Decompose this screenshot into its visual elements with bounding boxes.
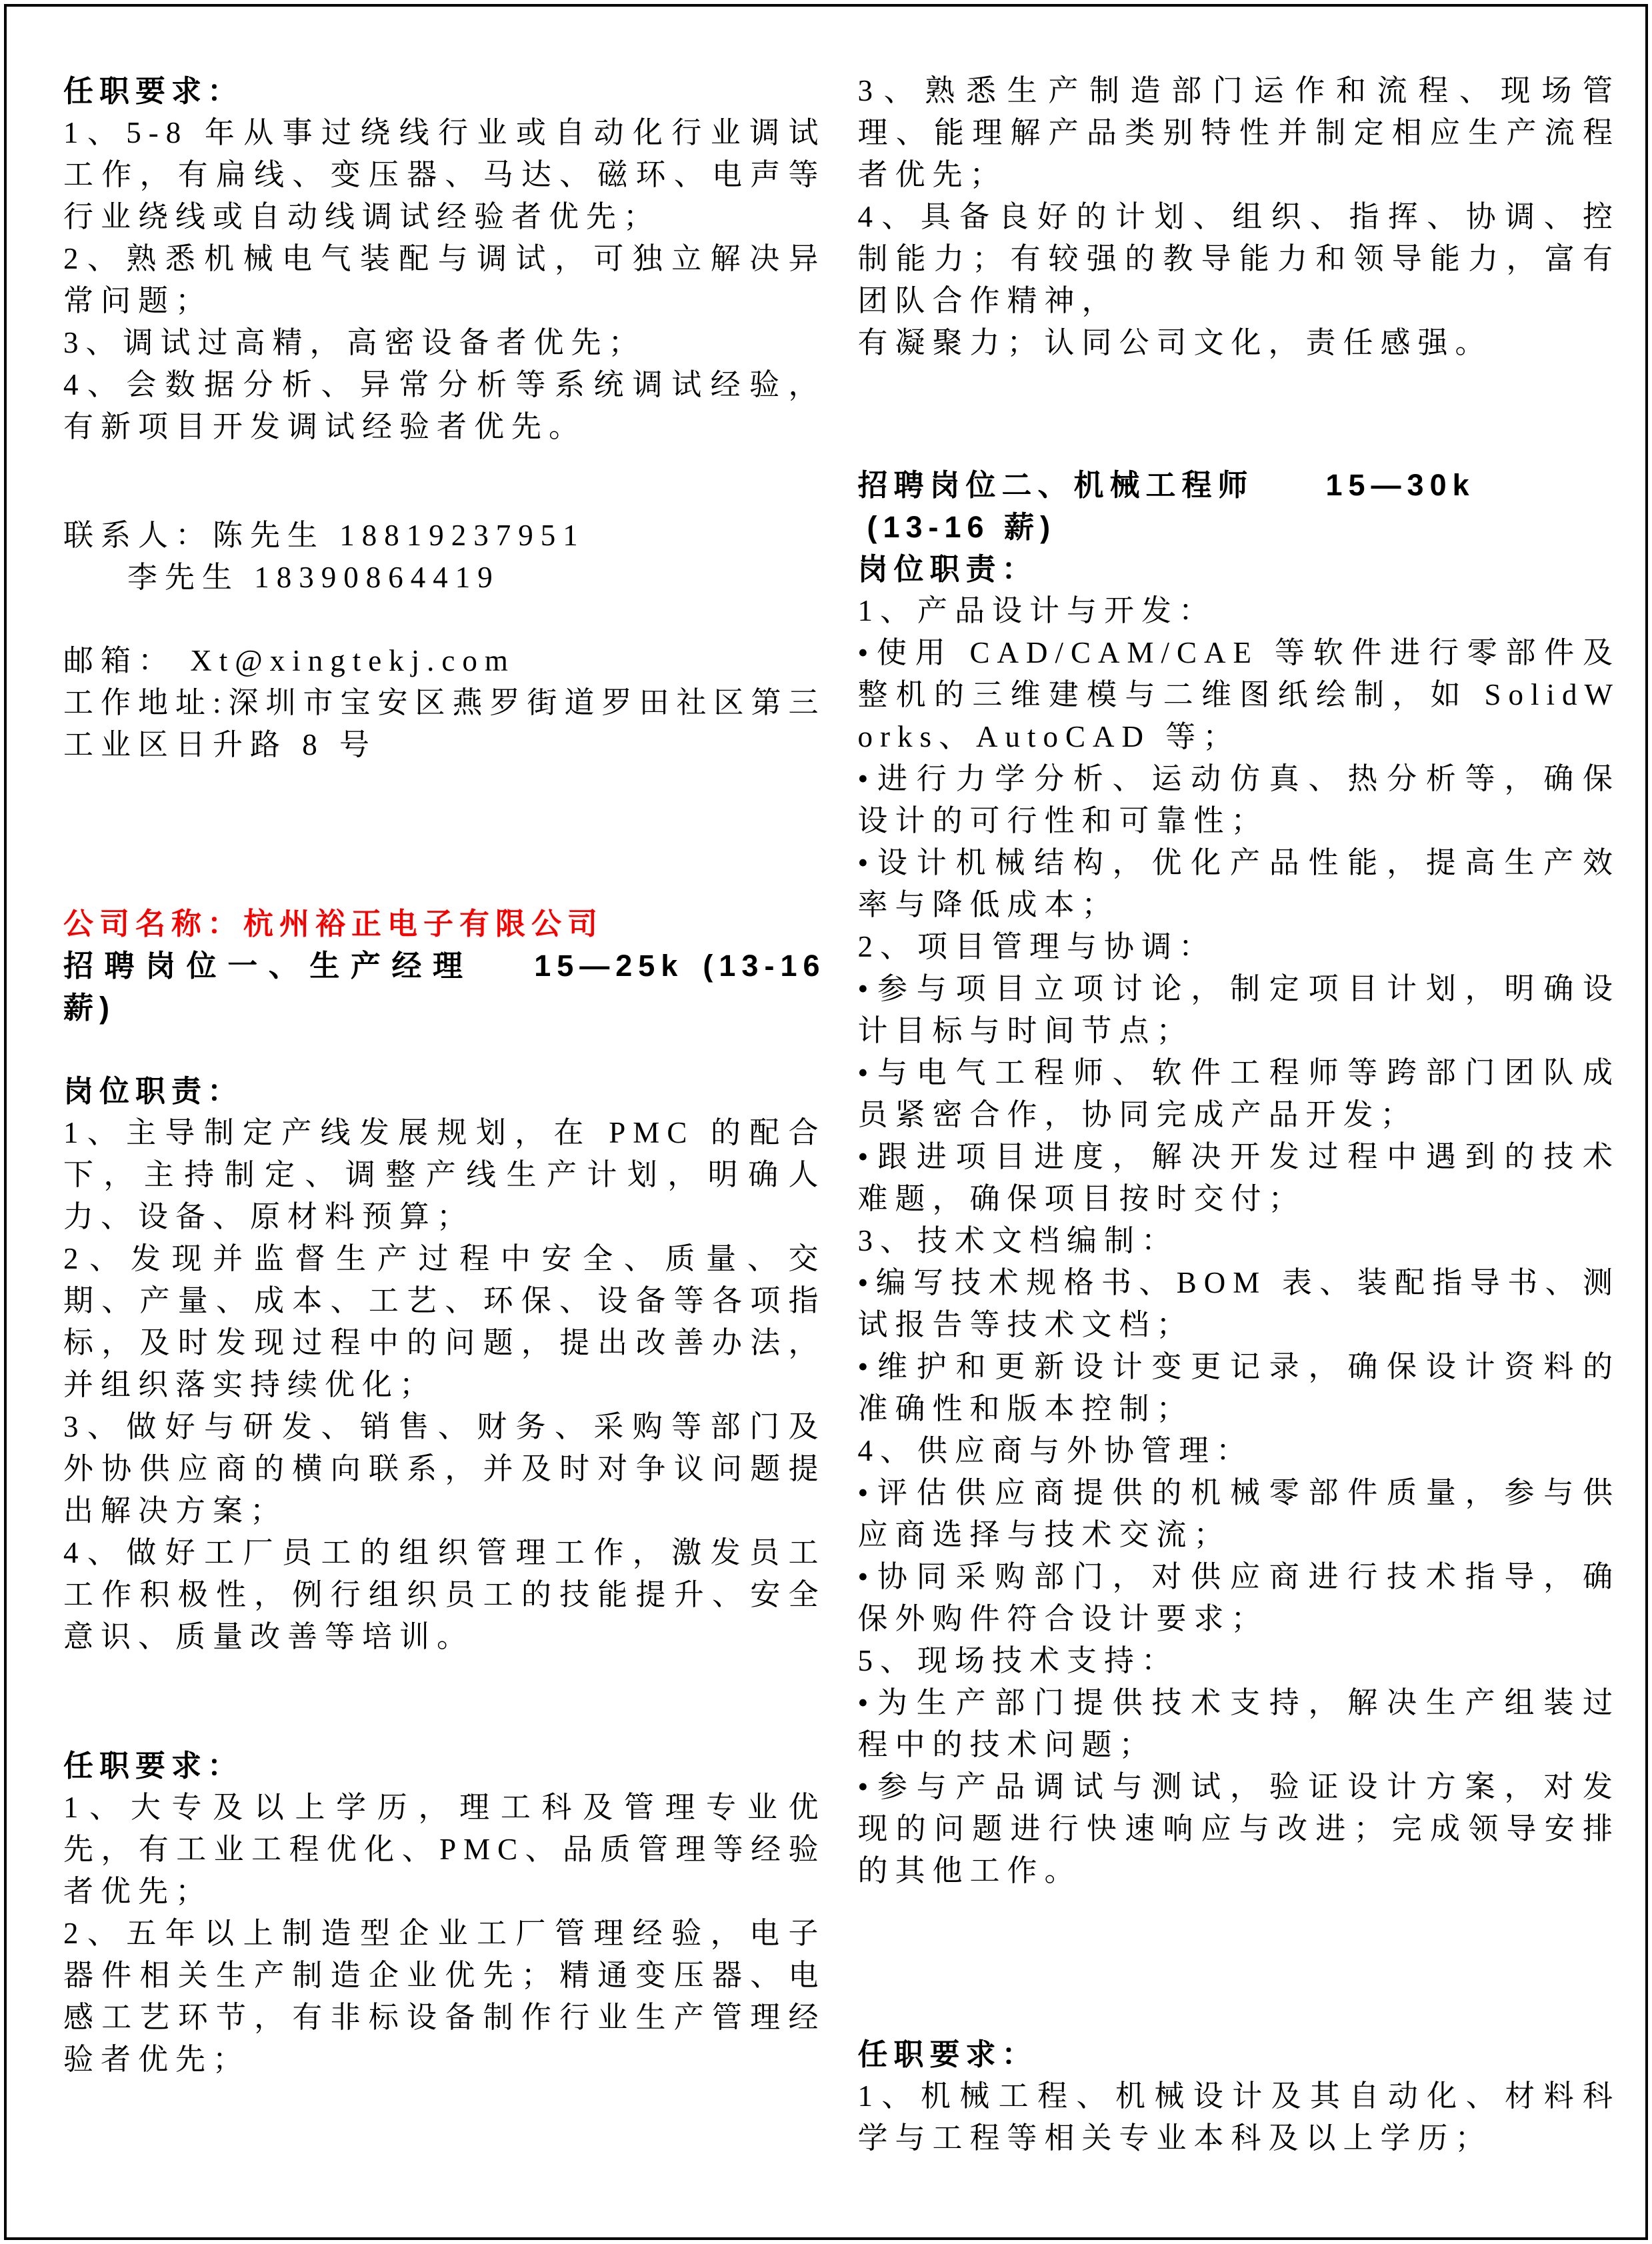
requirement-item: 3、调试过高精，高密设备者优先； <box>63 322 826 364</box>
requirement-item: 2、五年以上制造型企业工厂管理经验，电子器件相关生产制造企业优先；精通变压器、电… <box>63 1913 826 2081</box>
duty-item: 3、做好与研发、销售、财务、采购等部门及外协供应商的横向联系，并及时对争议问题提… <box>63 1406 826 1532</box>
duties-heading-job2: 岗位职责： <box>858 548 1621 590</box>
duty-item: •参与项目立项讨论，制定项目计划，明确设计目标与时间节点； <box>858 968 1621 1052</box>
requirements-heading-job0: 任职要求： <box>63 70 826 112</box>
job1-title-line2: 薪) <box>63 987 826 1029</box>
duty-item: •跟进项目进度，解决开发过程中遇到的技术难题，确保项目按时交付； <box>858 1136 1621 1220</box>
duty-item: •与电气工程师、软件工程师等跨部门团队成员紧密合作，协同完成产品开发； <box>858 1052 1621 1136</box>
contact-line-1: 联系人：陈先生 18819237951 <box>63 515 826 557</box>
duty-item: 2、发现并监督生产过程中安全、质量、交期、产量、成本、工艺、环保、设备等各项指标… <box>63 1238 826 1406</box>
duty-item: 4、供应商与外协管理： <box>858 1430 1621 1472</box>
requirement-item: 1、大专及以上学历，理工科及管理专业优先，有工业工程优化、PMC、品质管理等经验… <box>63 1787 826 1913</box>
page-content: 任职要求：1、5-8 年从事过绕线行业或自动化行业调试工作，有扁线、变压器、马达… <box>63 70 1620 2159</box>
requirements-heading-job2: 任职要求： <box>858 2033 1621 2075</box>
duty-item: •维护和更新设计变更记录，确保设计资料的准确性和版本控制； <box>858 1346 1621 1430</box>
requirement-item: 有凝聚力；认同公司文化，责任感强。 <box>858 322 1621 364</box>
duty-item: •协同采购部门，对供应商进行技术指导，确保外购件符合设计要求； <box>858 1556 1621 1640</box>
duty-item: •为生产部门提供技术支持，解决生产组装过程中的技术问题； <box>858 1682 1621 1766</box>
job1-title-line1: 招聘岗位一、生产经理 15—25k (13-16 <box>63 945 826 987</box>
duty-item: •设计机械结构，优化产品性能，提高生产效率与降低成本； <box>858 842 1621 926</box>
company-name: 公司名称：杭州裕正电子有限公司 <box>63 903 826 945</box>
requirements-heading-job1: 任职要求： <box>63 1745 826 1787</box>
duty-item: 1、主导制定产线发展规划，在 PMC 的配合下，主持制定、调整产线生产计划，明确… <box>63 1112 826 1238</box>
recruitment-flyer-page: 任职要求：1、5-8 年从事过绕线行业或自动化行业调试工作，有扁线、变压器、马达… <box>0 0 1652 2244</box>
requirement-item: 2、熟悉机械电气装配与调试，可独立解决异常问题； <box>63 238 826 322</box>
duty-item: 2、项目管理与协调： <box>858 926 1621 968</box>
left-column: 任职要求：1、5-8 年从事过绕线行业或自动化行业调试工作，有扁线、变压器、马达… <box>63 70 826 2159</box>
requirement-item: 4、会数据分析、异常分析等系统调试经验，有新项目开发调试经验者优先。 <box>63 364 826 448</box>
contact-line-2: 李先生 18390864419 <box>63 557 826 599</box>
requirement-item: 1、机械工程、机械设计及其自动化、材料科学与工程等相关专业本科及以上学历； <box>858 2075 1621 2159</box>
duty-item: •评估供应商提供的机械零部件质量，参与供应商选择与技术交流； <box>858 1472 1621 1556</box>
job2-title-line2: (13-16 薪) <box>858 506 1621 548</box>
requirement-item: 3、熟悉生产制造部门运作和流程、现场管理、能理解产品类别特性并制定相应生产流程者… <box>858 70 1621 196</box>
duty-item: 4、做好工厂员工的组织管理工作，激发员工工作积极性，例行组织员工的技能提升、安全… <box>63 1532 826 1658</box>
duty-item: 1、产品设计与开发： <box>858 590 1621 632</box>
requirement-item: 4、具备良好的计划、组织、指挥、协调、控制能力；有较强的教导能力和领导能力，富有… <box>858 196 1621 322</box>
duty-item: •编写技术规格书、BOM 表、装配指导书、测试报告等技术文档； <box>858 1262 1621 1346</box>
right-column: 3、熟悉生产制造部门运作和流程、现场管理、能理解产品类别特性并制定相应生产流程者… <box>858 70 1621 2159</box>
email-line: 邮箱： Xt@xingtekj.com <box>63 640 826 682</box>
job2-title-line1: 招聘岗位二、机械工程师 15—30k <box>858 464 1621 506</box>
duties-heading-job1: 岗位职责： <box>63 1070 826 1112</box>
duty-item: •进行力学分析、运动仿真、热分析等，确保设计的可行性和可靠性； <box>858 758 1621 842</box>
duty-item: •参与产品调试与测试，验证设计方案，对发现的问题进行快速响应与改进；完成领导安排… <box>858 1766 1621 1892</box>
duty-item: 3、技术文档编制： <box>858 1220 1621 1262</box>
requirement-item: 1、5-8 年从事过绕线行业或自动化行业调试工作，有扁线、变压器、马达、磁环、电… <box>63 112 826 238</box>
duty-item: 5、现场技术支持： <box>858 1640 1621 1682</box>
duty-item: •使用 CAD/CAM/CAE 等软件进行零部件及整机的三维建模与二维图纸绘制，… <box>858 632 1621 758</box>
address-line: 工作地址:深圳市宝安区燕罗街道罗田社区第三工业区日升路 8 号 <box>63 682 826 766</box>
